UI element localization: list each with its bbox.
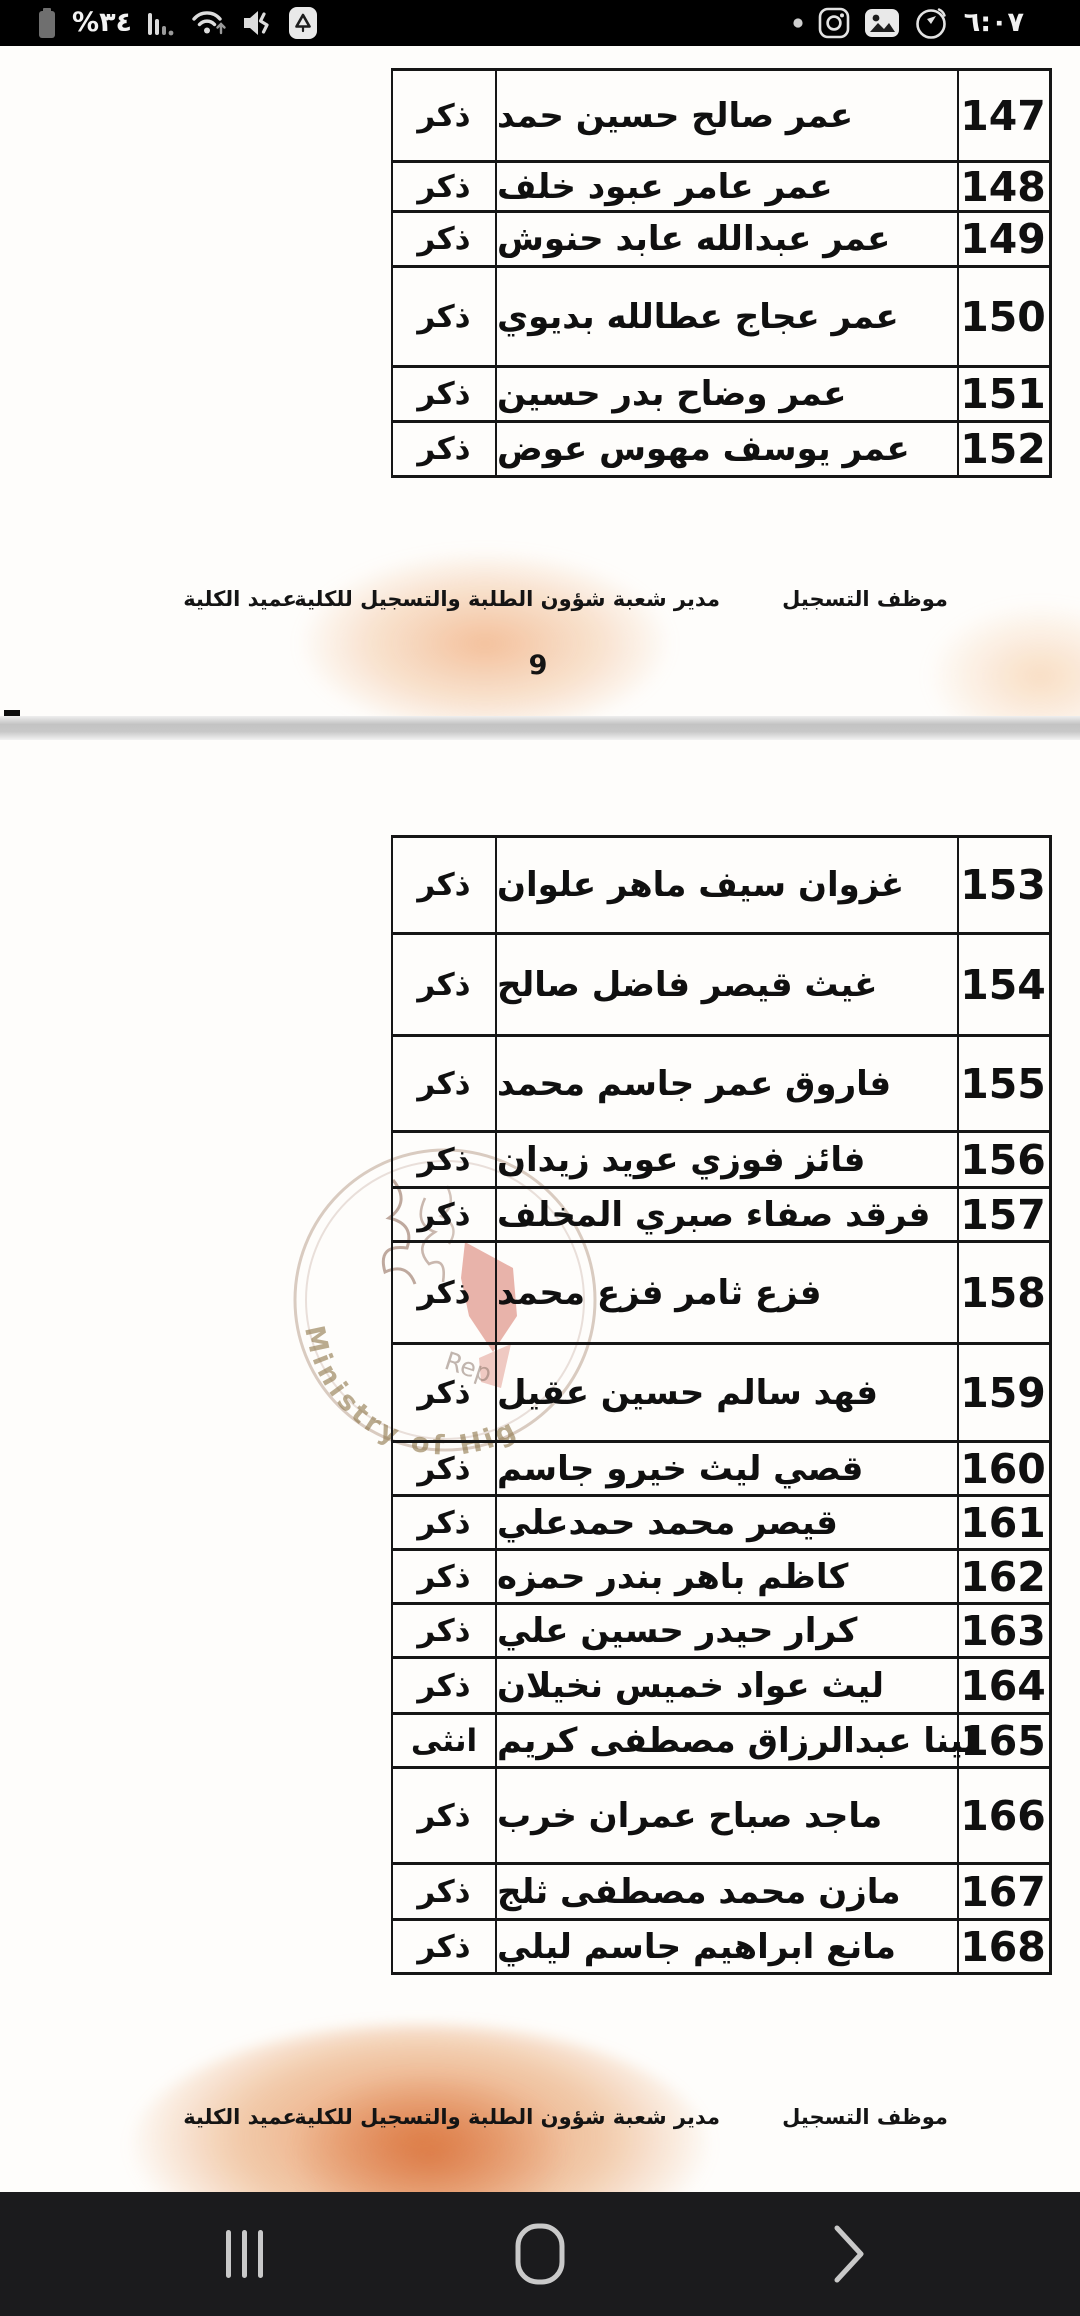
- student-name-cell: مازن محمد مصطفى ثلج: [497, 1865, 959, 1918]
- gender-cell: ذكر: [393, 71, 497, 160]
- student-name-cell: عمر صالح حسين حمد: [497, 71, 959, 160]
- student-name-cell: فائز فوزي عويد زيدان: [497, 1133, 959, 1186]
- student-name-cell: عمر عبدالله عابد حنوش: [497, 213, 959, 265]
- gender-cell: ذكر: [393, 423, 497, 475]
- student-name-cell: فاروق عمر جاسم محمد: [497, 1037, 959, 1130]
- gender-cell: ذكر: [393, 268, 497, 365]
- row-number-cell: 149: [959, 213, 1047, 265]
- row-number-cell: 165: [959, 1715, 1047, 1766]
- student-name-cell: لينا عبدالرزاق مصطفى كريم: [497, 1715, 959, 1766]
- scan-watermark-blob: [925, 601, 1080, 716]
- table-row: ذكرغزوان سيف ماهر علوان153: [393, 838, 1049, 935]
- student-name-cell: عمر عامر عبود خلف: [497, 163, 959, 210]
- row-number-cell: 158: [959, 1243, 1047, 1342]
- document-viewer[interactable]: ذكرعمر صالح حسين حمد147ذكرعمر عامر عبود …: [0, 46, 1080, 2192]
- footer-dean-label: عميد الكلية: [175, 2105, 305, 2129]
- scan-corner-mark: [4, 710, 20, 716]
- footer-director-label: مدير شعبة شؤون الطلبة والتسجيل للكلية: [420, 587, 720, 611]
- page-number: 9: [518, 650, 558, 681]
- gender-cell: ذكر: [393, 213, 497, 265]
- mute-vibrate-icon: [242, 7, 274, 39]
- row-number-cell: 164: [959, 1659, 1047, 1712]
- gender-cell: ذكر: [393, 838, 497, 932]
- student-name-cell: مانع ابراهيم جاسم ليلي: [497, 1921, 959, 1972]
- student-name-cell: فزع ثامر فزع محمد: [497, 1243, 959, 1342]
- table-row: ذكرقصي ليث خيرو جاسم160: [393, 1443, 1049, 1497]
- gender-cell: ذكر: [393, 1133, 497, 1186]
- alarm-clock-icon: [914, 5, 950, 41]
- gallery-icon: [864, 7, 900, 39]
- student-name-cell: كاظم باهر بندر حمزه: [497, 1551, 959, 1602]
- gender-cell: انثى: [393, 1715, 497, 1766]
- student-name-cell: كرار حيدر حسين علي: [497, 1605, 959, 1656]
- page-gap: [0, 716, 1080, 740]
- row-number-cell: 163: [959, 1605, 1047, 1656]
- table-row: ذكرعمر صالح حسين حمد147: [393, 71, 1049, 163]
- row-number-cell: 167: [959, 1865, 1047, 1918]
- footer-registrar-label: موظف التسجيل: [760, 2105, 970, 2129]
- table-row: ذكرفاروق عمر جاسم محمد155: [393, 1037, 1049, 1133]
- table-row: ذكرفهد سالم حسين عقيل159: [393, 1345, 1049, 1443]
- table-row: ذكرفزع ثامر فزع محمد158: [393, 1243, 1049, 1345]
- scan-watermark-blob: [300, 551, 670, 716]
- status-bar-left: %٣٤: [0, 0, 318, 46]
- gender-cell: ذكر: [393, 163, 497, 210]
- table-row: ذكرغيث قيصر فاضل صالح154: [393, 935, 1049, 1037]
- table-row: ذكرمازن محمد مصطفى ثلج167: [393, 1865, 1049, 1921]
- navigation-bar: [0, 2192, 1080, 2316]
- row-number-cell: 157: [959, 1189, 1047, 1240]
- row-number-cell: 150: [959, 268, 1047, 365]
- gender-cell: ذكر: [393, 368, 497, 420]
- student-name-cell: غيث قيصر فاضل صالح: [497, 935, 959, 1034]
- row-number-cell: 155: [959, 1037, 1047, 1130]
- row-number-cell: 159: [959, 1345, 1047, 1440]
- table-row: ذكرعمر وضاح بدر حسين151: [393, 368, 1049, 423]
- table-row: ذكركاظم باهر بندر حمزه162: [393, 1551, 1049, 1605]
- table-row: انثىلينا عبدالرزاق مصطفى كريم165: [393, 1715, 1049, 1769]
- students-table-page-2: ذكرغزوان سيف ماهر علوان153ذكرغيث قيصر فا…: [391, 835, 1052, 1975]
- row-number-cell: 147: [959, 71, 1047, 160]
- signal-strength-icon: [146, 7, 176, 39]
- table-row: ذكرعمر عامر عبود خلف148: [393, 163, 1049, 213]
- battery-icon: [36, 7, 58, 39]
- row-number-cell: 168: [959, 1921, 1047, 1972]
- back-button[interactable]: [785, 2192, 915, 2316]
- gender-cell: ذكر: [393, 1659, 497, 1712]
- student-name-cell: عمر يوسف مهوس عوض: [497, 423, 959, 475]
- table-row: ذكرعمر عبدالله عابد حنوش149: [393, 213, 1049, 268]
- student-name-cell: فرقد صفاء صبري المخلف: [497, 1189, 959, 1240]
- student-name-cell: غزوان سيف ماهر علوان: [497, 838, 959, 932]
- students-table-page-1: ذكرعمر صالح حسين حمد147ذكرعمر عامر عبود …: [391, 68, 1052, 478]
- battery-saver-app-icon: [288, 6, 318, 40]
- row-number-cell: 160: [959, 1443, 1047, 1494]
- wifi-icon: [190, 7, 228, 39]
- gender-cell: ذكر: [393, 1769, 497, 1862]
- gender-cell: ذكر: [393, 1605, 497, 1656]
- footer-registrar-label: موظف التسجيل: [760, 587, 970, 611]
- student-name-cell: عمر عجاج عطالله بديوي: [497, 268, 959, 365]
- gender-cell: ذكر: [393, 1551, 497, 1602]
- row-number-cell: 153: [959, 838, 1047, 932]
- document-page-2: Ministry of Higher Rep ذكرغزوان سيف ماهر…: [0, 740, 1080, 2192]
- gender-cell: ذكر: [393, 1189, 497, 1240]
- table-row: ذكرعمر يوسف مهوس عوض152: [393, 423, 1049, 478]
- gender-cell: ذكر: [393, 935, 497, 1034]
- footer-director-label: مدير شعبة شؤون الطلبة والتسجيل للكلية: [420, 2105, 720, 2129]
- footer-dean-label: عميد الكلية: [175, 587, 305, 611]
- row-number-cell: 161: [959, 1497, 1047, 1548]
- row-number-cell: 156: [959, 1133, 1047, 1186]
- gender-cell: ذكر: [393, 1345, 497, 1440]
- student-name-cell: عمر وضاح بدر حسين: [497, 368, 959, 420]
- gender-cell: ذكر: [393, 1865, 497, 1918]
- student-name-cell: قصي ليث خيرو جاسم: [497, 1443, 959, 1494]
- row-number-cell: 152: [959, 423, 1047, 475]
- gender-cell: ذكر: [393, 1243, 497, 1342]
- recents-icon: [219, 2228, 271, 2280]
- gender-cell: ذكر: [393, 1921, 497, 1972]
- row-number-cell: 166: [959, 1769, 1047, 1862]
- phone-screen: %٣٤: [0, 0, 1080, 2316]
- student-name-cell: فهد سالم حسين عقيل: [497, 1345, 959, 1440]
- clock-time: ٦:٠٧: [964, 0, 1024, 46]
- table-row: ذكرقيصر محمد حمدعلي161: [393, 1497, 1049, 1551]
- student-name-cell: قيصر محمد حمدعلي: [497, 1497, 959, 1548]
- gender-cell: ذكر: [393, 1443, 497, 1494]
- notification-dot: [792, 17, 804, 29]
- instagram-icon: [818, 7, 850, 39]
- battery-percent: %٣٤: [72, 0, 132, 46]
- row-number-cell: 154: [959, 935, 1047, 1034]
- student-name-cell: ليث عواد خميس نخيلان: [497, 1659, 959, 1712]
- table-row: ذكركرار حيدر حسين علي163: [393, 1605, 1049, 1659]
- table-row: ذكرمانع ابراهيم جاسم ليلي168: [393, 1921, 1049, 1975]
- status-bar-right: ٦:٠٧: [792, 0, 1080, 46]
- status-bar: %٣٤: [0, 0, 1080, 46]
- row-number-cell: 151: [959, 368, 1047, 420]
- table-row: ذكرماجد صباح عمران خرب166: [393, 1769, 1049, 1865]
- table-row: ذكرعمر عجاج عطالله بديوي150: [393, 268, 1049, 368]
- home-icon: [515, 2223, 565, 2285]
- row-number-cell: 162: [959, 1551, 1047, 1602]
- recents-button[interactable]: [180, 2192, 310, 2316]
- gender-cell: ذكر: [393, 1037, 497, 1130]
- home-button[interactable]: [475, 2192, 605, 2316]
- gender-cell: ذكر: [393, 1497, 497, 1548]
- document-page-1: ذكرعمر صالح حسين حمد147ذكرعمر عامر عبود …: [0, 46, 1080, 716]
- table-row: ذكرفرقد صفاء صبري المخلف157: [393, 1189, 1049, 1243]
- back-icon: [833, 2224, 867, 2284]
- table-row: ذكرليث عواد خميس نخيلان164: [393, 1659, 1049, 1715]
- table-row: ذكرفائز فوزي عويد زيدان156: [393, 1133, 1049, 1189]
- row-number-cell: 148: [959, 163, 1047, 210]
- student-name-cell: ماجد صباح عمران خرب: [497, 1769, 959, 1862]
